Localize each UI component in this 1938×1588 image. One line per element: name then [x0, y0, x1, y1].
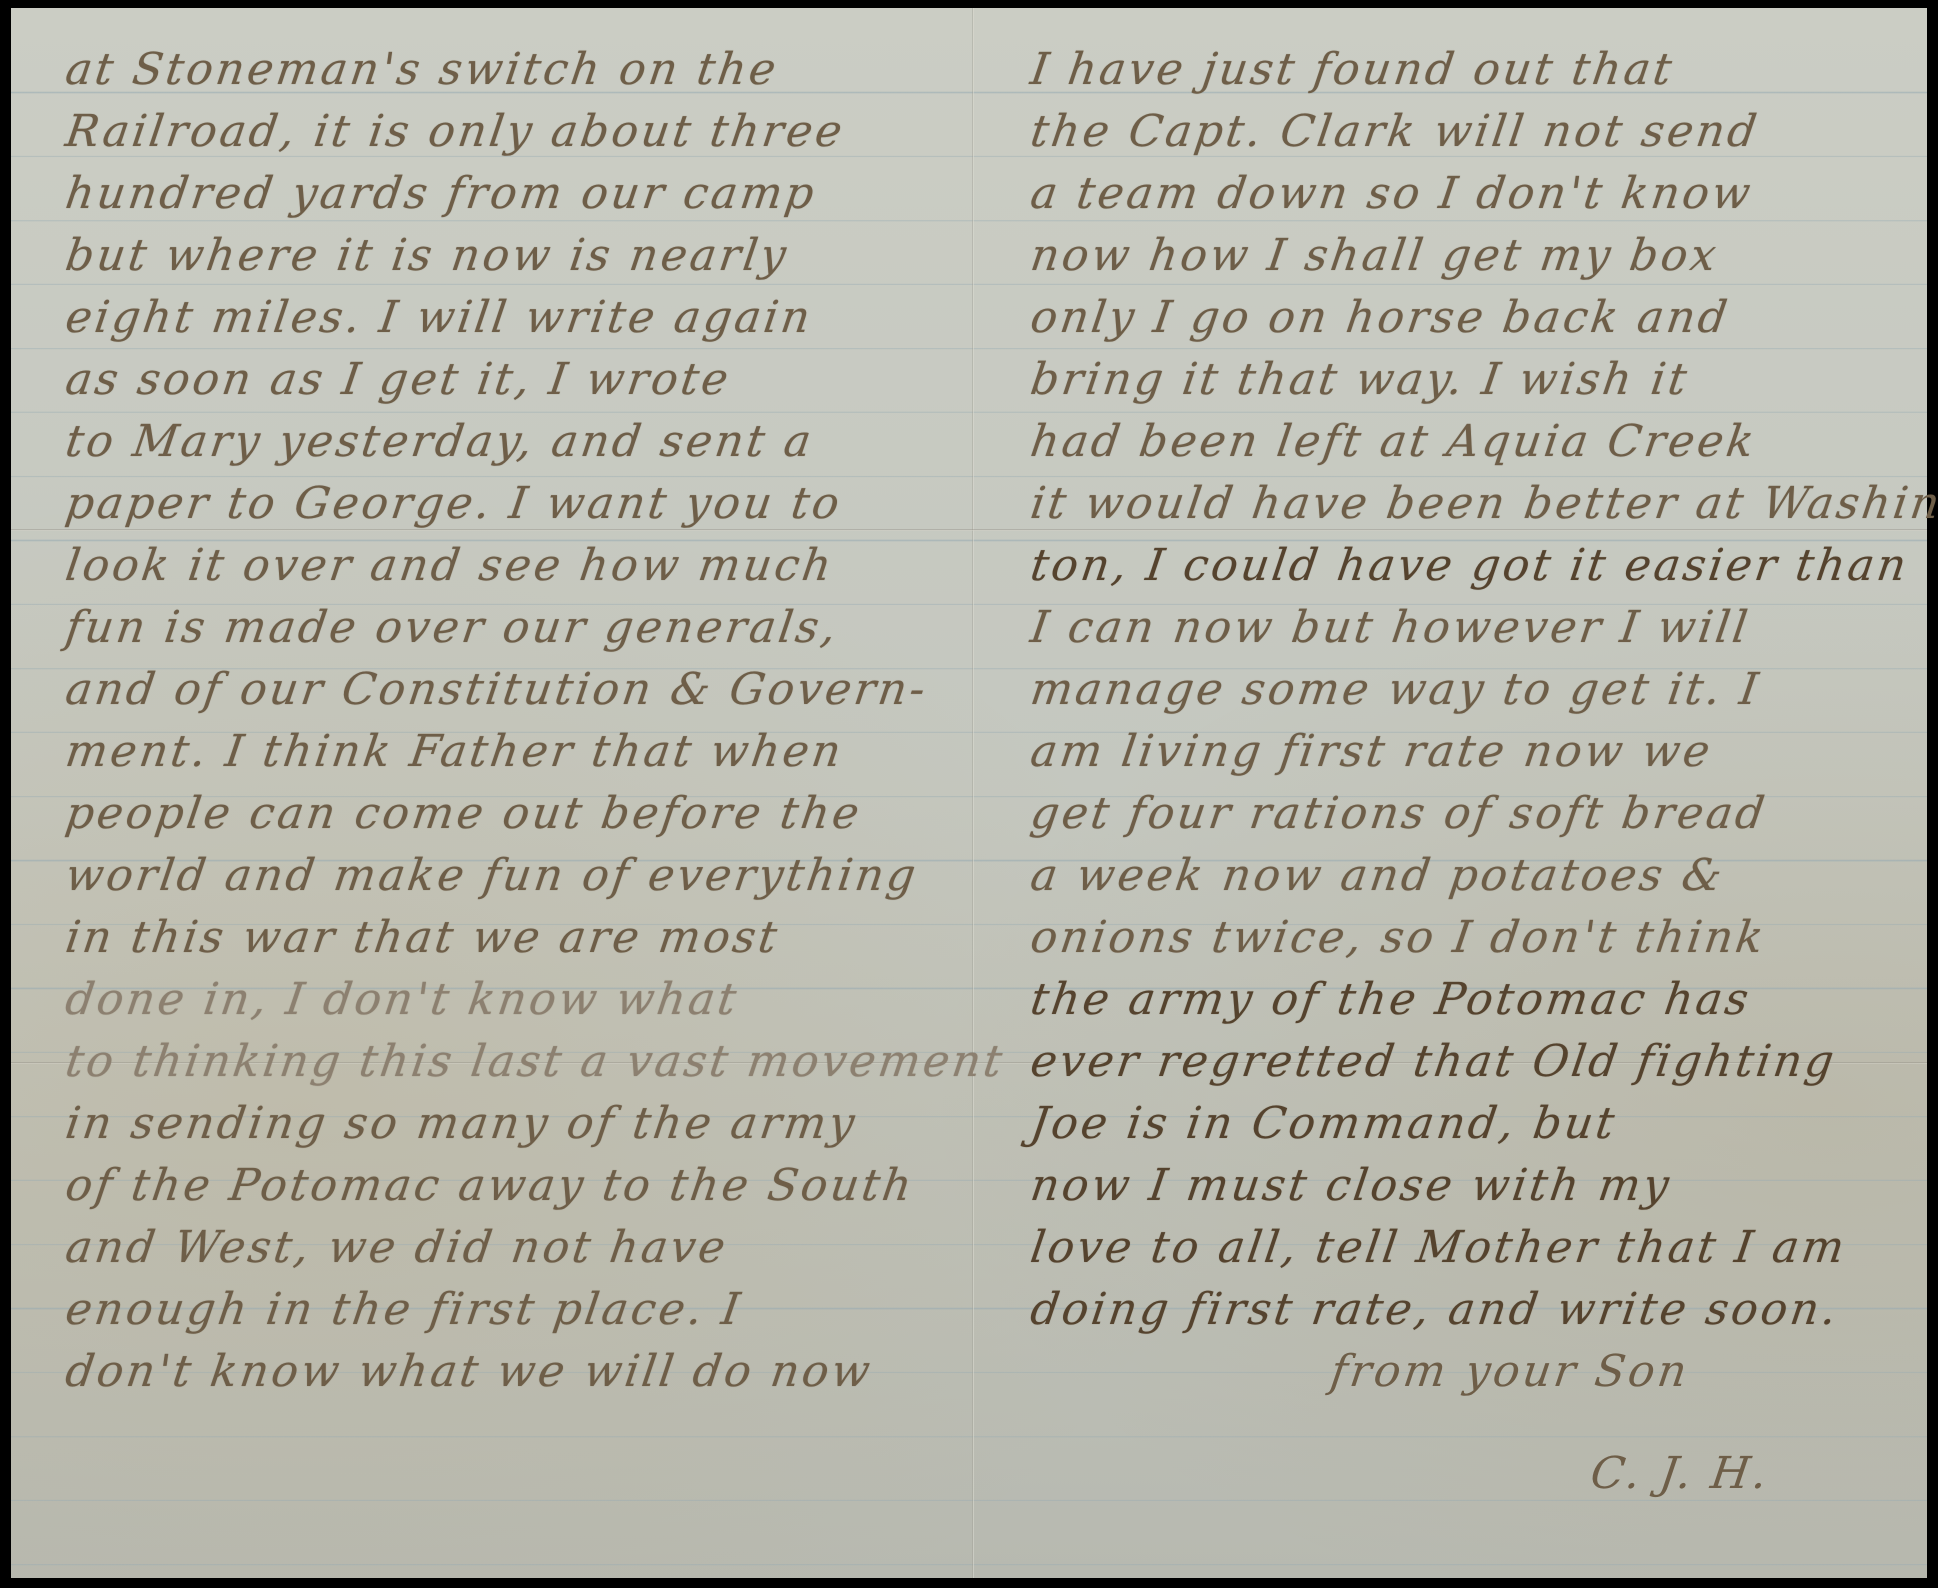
right-line-9: ton, I could have got it easier than	[1027, 540, 1912, 591]
right-line-13: get four rations of soft bread	[1027, 788, 1770, 839]
right-line-7: had been left at Aquia Creek	[1027, 416, 1759, 467]
left-line-22: don't know what we will do now	[62, 1346, 876, 1397]
left-line-9: look it over and see how much	[62, 540, 837, 591]
left-line-21: enough in the first place. I	[62, 1284, 745, 1335]
left-line-18: in sending so many of the army	[62, 1098, 860, 1149]
horizontal-fold-crease-upper	[11, 529, 1927, 531]
letter-paper: at Stoneman's switch on the Railroad, it…	[11, 8, 1927, 1578]
right-line-16: the army of the Potomac has	[1027, 974, 1754, 1025]
right-line-8: it would have been better at Washing-	[1027, 478, 1938, 529]
right-line-18: Joe is in Command, but	[1027, 1098, 1620, 1149]
right-line-17: ever regretted that Old fighting	[1027, 1036, 1839, 1087]
right-line-11: manage some way to get it. I	[1027, 664, 1764, 715]
left-line-8: paper to George. I want you to	[62, 478, 845, 529]
left-line-16: done in, I don't know what	[62, 974, 742, 1025]
left-line-5: eight miles. I will write again	[62, 292, 816, 343]
signature: C. J. H.	[1587, 1448, 1773, 1499]
right-line-20: love to all, tell Mother that I am	[1027, 1222, 1850, 1273]
left-line-2: Railroad, it is only about three	[62, 106, 848, 157]
left-line-12: ment. I think Father that when	[62, 726, 847, 777]
left-line-14: world and make fun of everything	[62, 850, 921, 901]
right-line-15: onions twice, so I don't think	[1027, 912, 1769, 963]
right-line-12: am living first rate now we	[1027, 726, 1715, 777]
vertical-fold-crease	[972, 8, 974, 1578]
left-line-1: at Stoneman's switch on the	[62, 44, 782, 95]
left-line-6: as soon as I get it, I wrote	[62, 354, 734, 405]
left-line-10: fun is made over our generals,	[62, 602, 842, 653]
right-line-1: I have just found out that	[1027, 44, 1677, 95]
right-line-4: now how I shall get my box	[1027, 230, 1722, 281]
right-line-10: I can now but however I will	[1027, 602, 1753, 653]
left-line-17: to thinking this last a vast movement	[62, 1036, 1008, 1087]
closing-text: from your Son	[1327, 1346, 1692, 1397]
left-line-13: people can come out before the	[62, 788, 865, 839]
left-line-7: to Mary yesterday, and sent a	[62, 416, 817, 467]
right-line-21: doing first rate, and write soon.	[1027, 1284, 1842, 1335]
left-line-15: in this war that we are most	[62, 912, 783, 963]
left-line-11: and of our Constitution & Govern-	[62, 664, 931, 715]
right-line-19: now I must close with my	[1027, 1160, 1674, 1211]
right-line-14: a week now and potatoes &	[1027, 850, 1727, 901]
left-line-3: hundred yards from our camp	[62, 168, 820, 219]
right-line-3: a team down so I don't know	[1027, 168, 1756, 219]
left-line-4: but where it is now is nearly	[62, 230, 792, 281]
right-line-2: the Capt. Clark will not send	[1027, 106, 1762, 157]
left-line-19: of the Potomac away to the South	[62, 1160, 917, 1211]
left-line-20: and West, we did not have	[62, 1222, 731, 1273]
right-line-6: bring it that way. I wish it	[1027, 354, 1692, 405]
right-line-5: only I go on horse back and	[1027, 292, 1733, 343]
